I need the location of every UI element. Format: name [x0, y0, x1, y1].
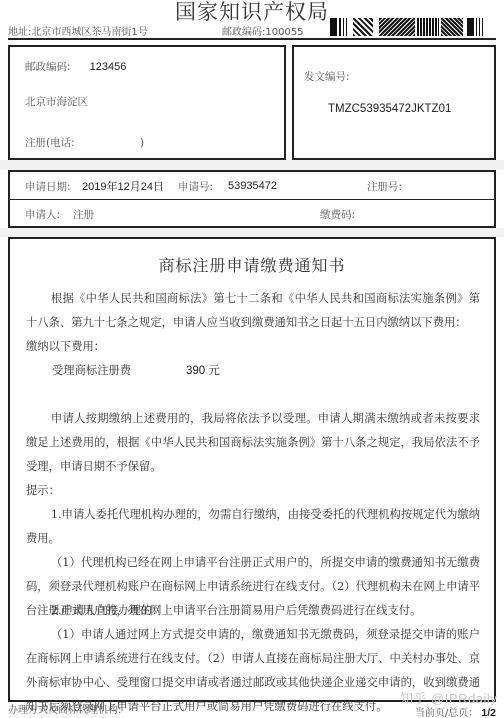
application-no-value: 53935472 [228, 180, 277, 192]
application-date-value: 2019年12月24日 [82, 178, 164, 194]
info-row-applicant: 申请人: 注册 缴费码: [10, 201, 494, 227]
separator-band [0, 160, 504, 170]
recipient-postcode-value: 123456 [90, 61, 127, 73]
applicant-value: 注册 [73, 207, 94, 222]
registration-no-label: 注册号: [367, 179, 402, 194]
recipient-box: 邮政编码: 123456 北京市海淀区 注册(电话: ) [8, 45, 286, 160]
notice-title: 商标注册申请缴费通知书 [10, 253, 494, 276]
application-no-label: 申请号: [178, 179, 213, 194]
agency-address: 地址:北京市西城区茶马南街1号 [8, 23, 148, 38]
2d-barcode-icon [330, 18, 496, 36]
document-number-label: 发文编号: [304, 69, 350, 84]
recipient-contact-close: ) [140, 137, 144, 149]
application-date-label: 申请日期: [25, 179, 71, 194]
fee-amount: 390 元 [186, 359, 220, 383]
recipient-contact: 注册(电话: [25, 137, 75, 149]
applicant-label: 申请人: [25, 207, 60, 222]
tip-1: 1.申请人委托代理机构办理的，勿需自行缴纳，由接受委托的代理机构按规定代为缴纳费… [26, 503, 480, 551]
agency-postcode: 邮政编码:100055 [222, 23, 304, 38]
fee-item-row: 受理商标注册费 390 元 [52, 359, 480, 383]
payment-code-label: 缴费码: [320, 207, 355, 222]
tips-label: 提示： [26, 479, 480, 503]
fee-item-name: 受理商标注册费 [52, 364, 131, 377]
recipient-address: 北京市海淀区 [25, 94, 88, 109]
document-number-box: 发文编号: TMZC53935472JKTZ01 [292, 45, 496, 160]
page-value: 1/2 [481, 707, 496, 718]
document-number-value: TMZC53935472JKTZ01 [328, 103, 451, 115]
info-row-application: 申请日期: 2019年12月24日 申请号: 53935472 注册号: [10, 173, 494, 200]
recipient-postcode-label: 邮政编码: [25, 61, 71, 73]
notice-consequence: 申请人按期缴纳上述费用的，我局将依法予以受理。申请人期满未缴纳或者未按要求缴足上… [26, 407, 480, 479]
tip-2: 2.申请人直接办理的： [26, 599, 480, 623]
page-label: 当前页/总页： [415, 708, 478, 718]
handling-method-label: 办理方式及商标代理机构: [8, 701, 121, 716]
header-divider [8, 38, 496, 40]
notice-intro: 根据《中华人民共和国商标法》第七十二条和《中华人民共和国商标法实施条例》第十八条… [26, 287, 480, 335]
payment-notice: 商标注册申请缴费通知书 根据《中华人民共和国商标法》第七十二条和《中华人民共和国… [8, 237, 496, 702]
notice-intro-text: 根据《中华人民共和国商标法》第七十二条和《中华人民共和国商标法实施条例》第十八条… [26, 292, 480, 329]
notice-intro-line3: 缴纳以下费用： [26, 335, 480, 359]
watermark: 知乎 @IPRdaily [400, 688, 497, 707]
separator-band [0, 228, 504, 237]
application-info-table: 申请日期: 2019年12月24日 申请号: 53935472 注册号: 申请人… [8, 170, 496, 228]
